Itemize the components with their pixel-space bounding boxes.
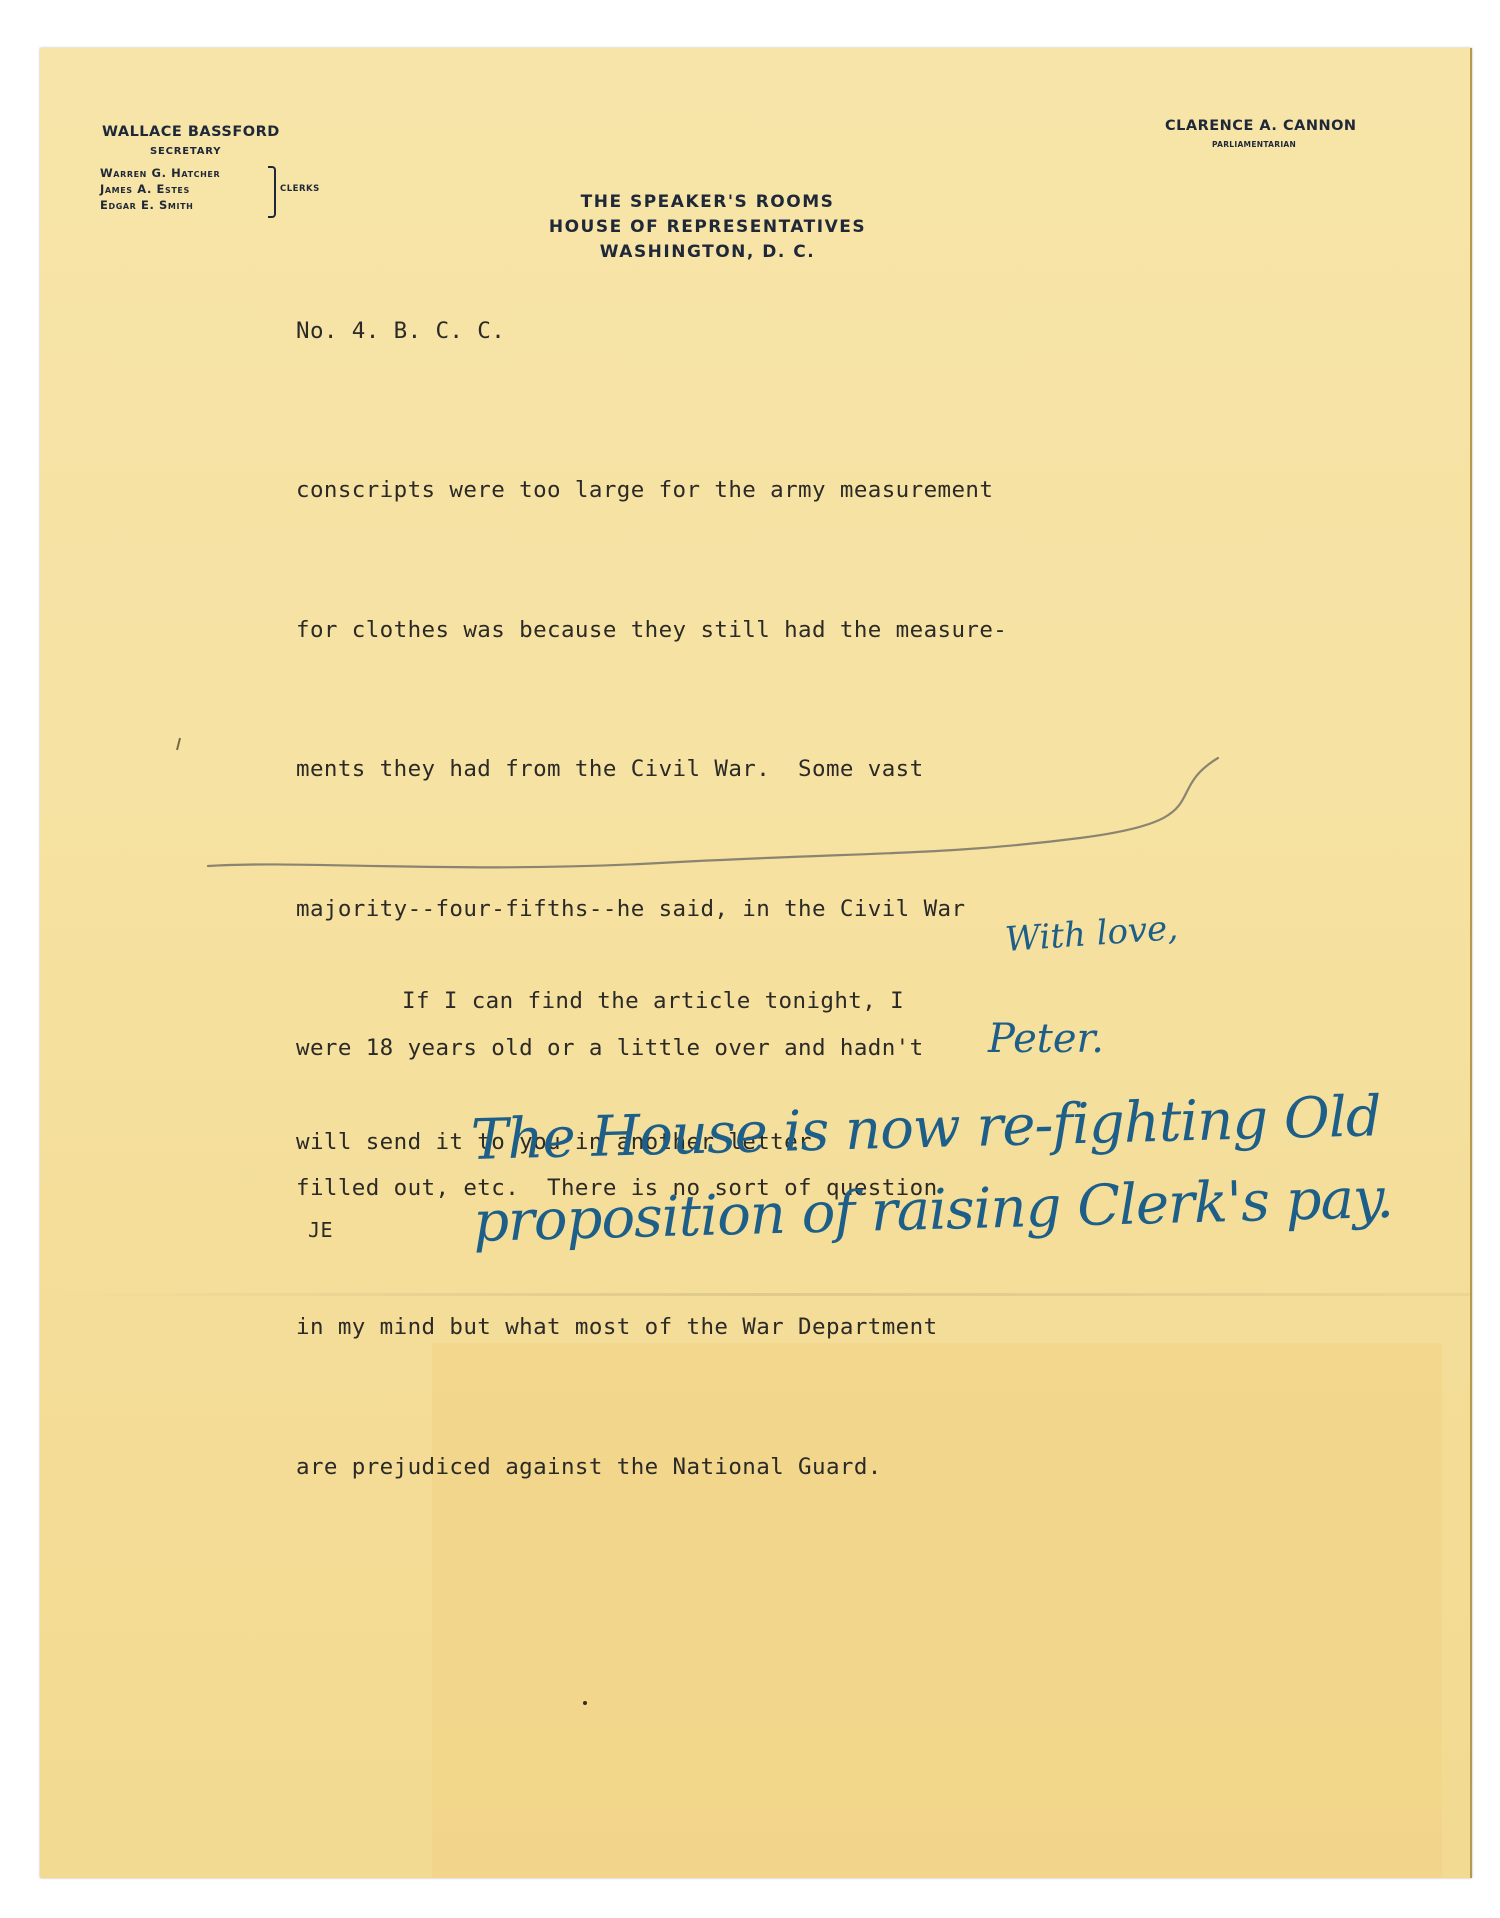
handwritten-signature: Peter. (988, 1016, 1104, 1062)
closing-line: If I can find the article tonight, I (296, 978, 904, 1025)
letter-page: WALLACE BASSFORD SECRETARY Warren G. Hat… (40, 48, 1472, 1878)
handwritten-postscript: The House is now re-fighting Old proposi… (470, 1076, 1394, 1264)
ink-dot (583, 1701, 587, 1705)
typist-initials: JE (308, 1218, 333, 1242)
